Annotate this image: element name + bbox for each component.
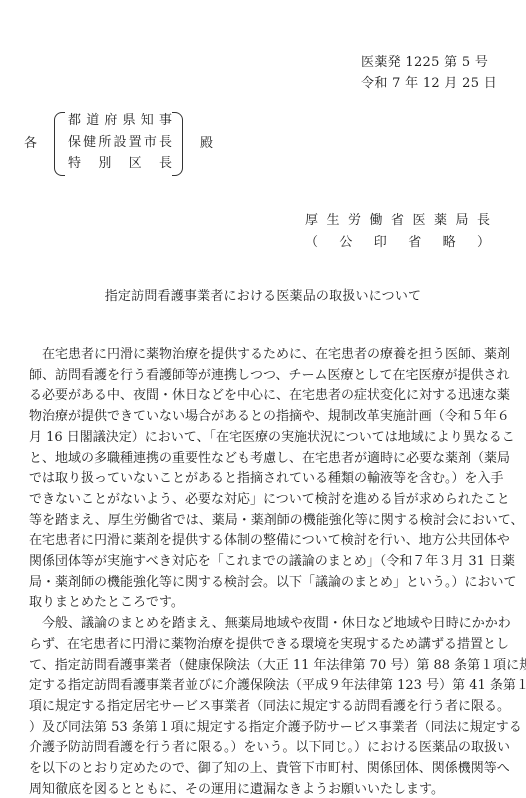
sender-name: 厚生労働省医薬局長 bbox=[305, 210, 490, 232]
paragraph-2: 今般、議論のまとめを踏まえ、無薬局地域や夜間・休日など地域や日時にかかわ らず、… bbox=[29, 614, 499, 798]
body-line: 月 16 日閣議決定）において、「在宅医療の実施状況については地域により異なるこ bbox=[29, 428, 499, 449]
addressee-line: 都道府県知事 bbox=[68, 110, 172, 132]
body-line: 在宅患者に円滑に薬剤を提供する体制の整備について検討を行い、地方公共団体や bbox=[29, 531, 499, 552]
document-subject: 指定訪問看護事業者における医薬品の取扱いについて bbox=[0, 285, 526, 304]
body-line: 今般、議論のまとめを踏まえ、無薬局地域や夜間・休日など地域や日時にかかわ bbox=[29, 614, 499, 635]
document-date: 令和 7 年 12 月 25 日 bbox=[361, 73, 497, 94]
paragraph-1: 在宅患者に円滑に薬物治療を提供するために、在宅患者の療養を担う医師、薬剤 師、訪… bbox=[29, 345, 499, 614]
body-line: では取り扱っていないことがあると指摘されている種類の輸液等を含む。）を入手 bbox=[29, 469, 499, 490]
sender-block: 厚生労働省医薬局長 （ 公 印 省 略 ） bbox=[305, 210, 490, 254]
addressee-line: 特 別 区 長 bbox=[68, 153, 172, 175]
body-line: 関係団体等が実施すべき対応を「これまでの議論のまとめ」（令和７年３月 31 日薬 bbox=[29, 552, 499, 573]
body-line: らず、在宅患者に円滑に薬物治療を提供できる環境を実現するため講ずる措置とし bbox=[29, 635, 499, 656]
document-header: 医薬発 1225 第 5 号 令和 7 年 12 月 25 日 bbox=[361, 52, 497, 94]
addressee-prefix: 各 bbox=[24, 132, 37, 151]
body-line: て、指定訪問看護事業者（健康保険法（大正 11 年法律第 70 号）第 88 条… bbox=[29, 656, 499, 677]
body-line: 物治療が提供できていない場合があるとの指摘や、規制改革実施計画（令和５年６ bbox=[29, 407, 499, 428]
addressee-block: 各 都道府県知事 保健所設置市長 特 別 区 長 殿 bbox=[24, 110, 224, 176]
addressee-line: 保健所設置市長 bbox=[68, 132, 172, 154]
body-line: 局・薬剤師の機能強化等に関する検討会。以下「議論のまとめ」という。）において bbox=[29, 573, 499, 594]
body-line: 在宅患者に円滑に薬物治療を提供するために、在宅患者の療養を担う医師、薬剤 bbox=[29, 345, 499, 366]
right-bracket-icon bbox=[172, 112, 183, 176]
body-line: を以下のとおり定めたので、御了知の上、貴管下市町村、関係団体、関係機関等へ bbox=[29, 759, 499, 780]
addressee-honorific: 殿 bbox=[200, 132, 213, 151]
left-bracket-icon bbox=[54, 112, 65, 176]
body-line: ）及び同法第 53 条第１項に規定する指定介護予防サービス事業者（同法に規定する bbox=[29, 718, 499, 739]
body-line: 周知徹底を図るとともに、その運用に遺漏なきようお願いいたします。 bbox=[29, 780, 499, 798]
seal-note: （ 公 印 省 略 ） bbox=[305, 232, 490, 254]
body-line: る必要がある中、夜間・休日などを中心に、在宅患者の症状変化に対する迅速な薬 bbox=[29, 386, 499, 407]
body-line: 介護予防訪問看護を行う者に限る。）をいう。以下同じ。）における医薬品の取扱い bbox=[29, 738, 499, 759]
body-line: できないことがないよう、必要な対応」について検討を進める旨が求められたこと bbox=[29, 490, 499, 511]
document-body: 在宅患者に円滑に薬物治療を提供するために、在宅患者の療養を担う医師、薬剤 師、訪… bbox=[29, 345, 499, 798]
body-line: 取りまとめたところです。 bbox=[29, 593, 499, 614]
document-number: 医薬発 1225 第 5 号 bbox=[361, 52, 497, 73]
addressee-list: 都道府県知事 保健所設置市長 特 別 区 長 bbox=[68, 110, 172, 175]
body-line: と、地域の多職種連携の重要性なども考慮し、在宅患者が適時に必要な薬剤（薬局 bbox=[29, 449, 499, 470]
body-line: 師、訪問看護を行う看護師等が連携しつつ、チーム医療として在宅医療が提供され bbox=[29, 366, 499, 387]
body-line: 等を踏まえ、厚生労働省では、薬局・薬剤師の機能強化等に関する検討会において、 bbox=[29, 511, 499, 532]
body-line: 定する指定訪問看護事業者並びに介護保険法（平成９年法律第 123 号）第 41 … bbox=[29, 676, 499, 697]
body-line: 項に規定する指定居宅サービス事業者（同法に規定する訪問看護を行う者に限る。 bbox=[29, 697, 499, 718]
